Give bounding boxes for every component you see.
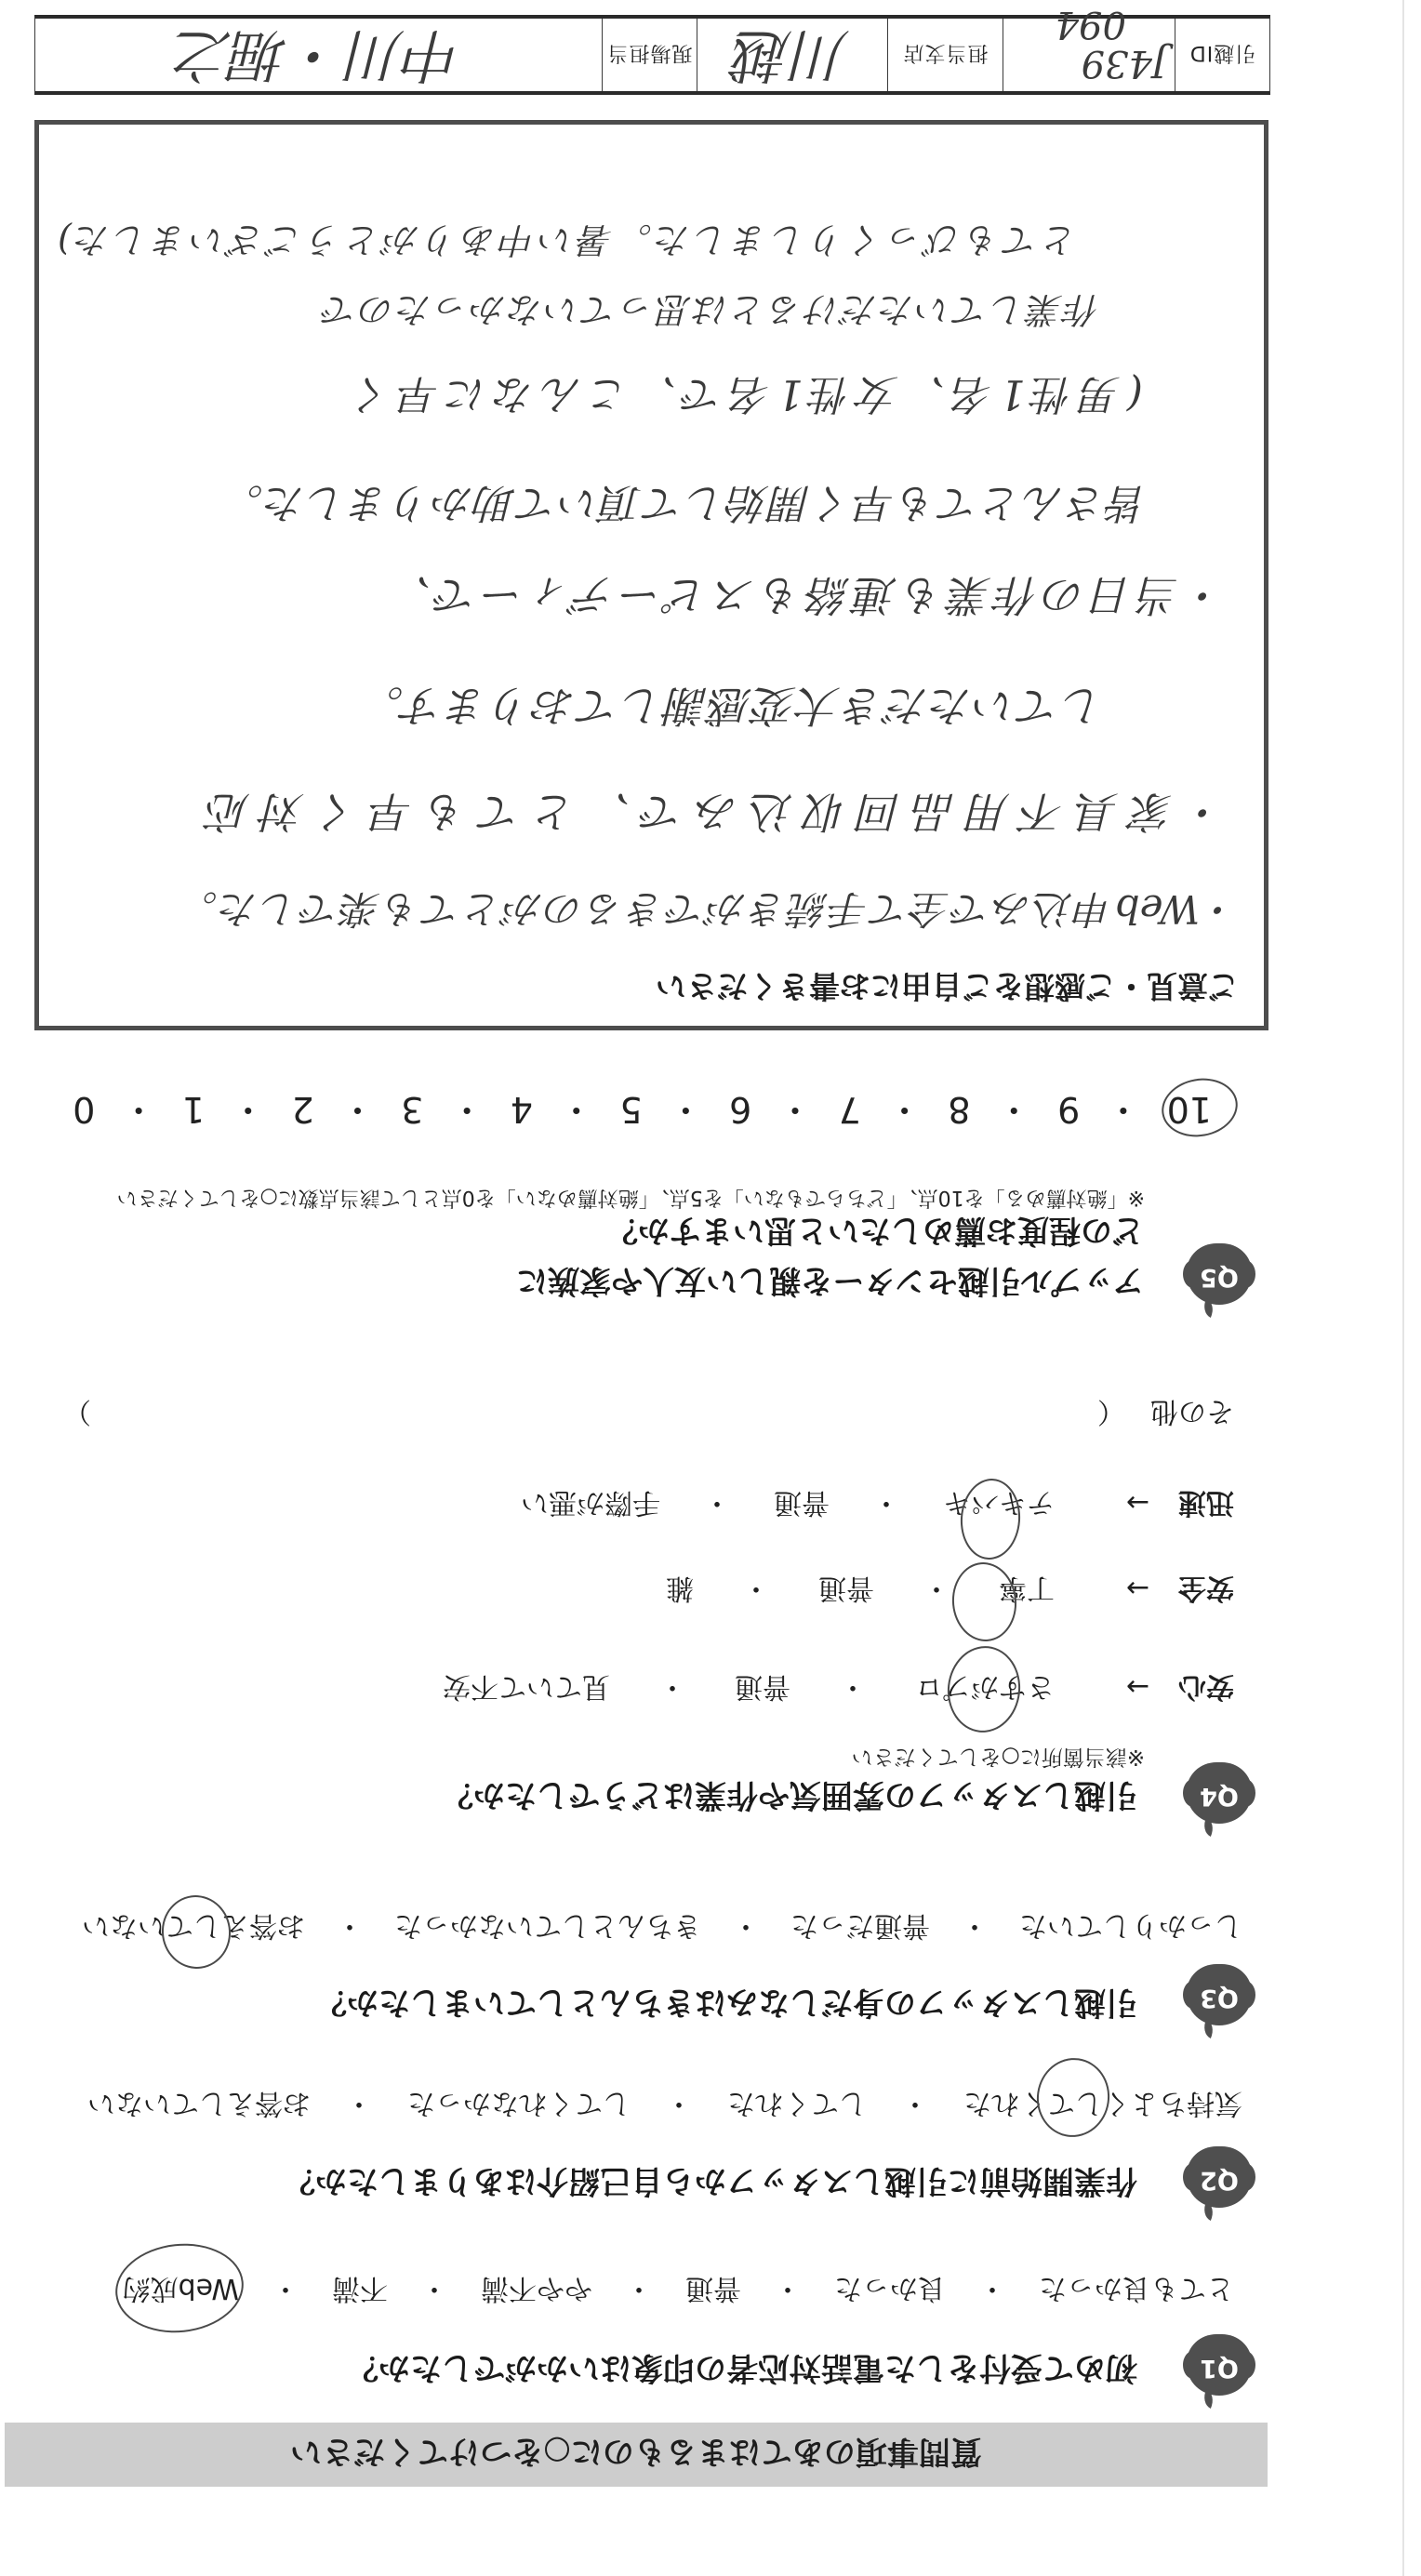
- separator: ・: [339, 1092, 375, 1127]
- move-id-label-cell: 引越ID: [1175, 19, 1269, 91]
- separator: ・: [777, 1092, 813, 1127]
- move-id-value-line2: 094: [1056, 6, 1126, 43]
- q3-option: しっかりしていた: [1019, 1911, 1242, 1939]
- branch-label-cell: 担当支店: [887, 19, 1003, 91]
- q4-other-label: その他: [1150, 1397, 1234, 1425]
- comment-box-label: ご意見・ご感想をご自由にお書きください: [656, 971, 1239, 1002]
- q1-option: やや不満: [481, 2274, 592, 2302]
- separator: ・: [872, 1488, 900, 1516]
- separator: ・: [703, 1488, 731, 1516]
- separator: ・: [420, 2274, 448, 2302]
- q4-anshin-selection-circle: [943, 1642, 1024, 1736]
- q3-selection-circle: [157, 1891, 235, 1973]
- arrow-right-icon: →: [1126, 1573, 1149, 1601]
- arrow-right-icon: →: [1126, 1672, 1149, 1700]
- move-id-label: 引越ID: [1189, 41, 1255, 70]
- instruction-text: 質問事項のあてはまるものに○をつけてください: [290, 2432, 982, 2477]
- q1-option: 良かった: [834, 2274, 946, 2302]
- q1-badge-icon: Q1: [1183, 2332, 1255, 2407]
- q1-options: とても良かった ・ 良かった ・ 普通 ・ やや不満 ・ 不満 ・ Web成約: [123, 2274, 1234, 2302]
- score-value: 5: [619, 1092, 642, 1127]
- q5-badge-label: Q5: [1183, 1265, 1255, 1290]
- handwritten-comment-line: とてもびっくりしました。暑い中ありがとうございました): [58, 222, 1078, 258]
- separator: ・: [231, 1092, 266, 1127]
- separator: ・: [923, 1573, 950, 1601]
- separator: ・: [732, 1911, 760, 1939]
- q4-other-open-paren: （: [1097, 1397, 1125, 1425]
- separator: ・: [996, 1092, 1031, 1127]
- q2-selection-circle: [1031, 2053, 1114, 2142]
- separator: ・: [839, 1672, 867, 1700]
- q5-score-scale: 10 ・ 9 ・ 8 ・ 7 ・ 6 ・ 5 ・ 4 ・ 3 ・ 2 ・ 1 ・…: [73, 1092, 1212, 1127]
- q4-badge-label: Q4: [1183, 1784, 1255, 1809]
- separator: ・: [774, 2274, 802, 2302]
- handwritten-comment-line: (男性1名、女性1名で、こんなに早く: [352, 373, 1143, 414]
- header-table: 引越ID J439 094 担当支店 川越 現場担当 中川・堀之: [34, 15, 1270, 95]
- scanned-survey-page: 質問事項のあてはまるものに○をつけてください Q1 初めて受付をした電話対応者の…: [0, 0, 1421, 2576]
- score-value: 2: [292, 1092, 314, 1127]
- separator: ・: [336, 1911, 364, 1939]
- separator: ・: [961, 1911, 989, 1939]
- q5-selection-circle: [1157, 1072, 1242, 1142]
- q4-option: 普通: [735, 1672, 790, 1700]
- handwritten-comment-line: 皆さんとても早く開始して頂いて助かりました。: [222, 482, 1149, 523]
- separator: ・: [887, 1092, 923, 1127]
- q3-badge-icon: Q3: [1183, 1962, 1255, 2037]
- q4-badge-icon: Q4: [1183, 1760, 1255, 1835]
- q5-note: ※「絶対薦める」を10点、「どちらでもない」を5点、「絶対薦めない」を0点として…: [117, 1187, 1145, 1207]
- score-value: 3: [401, 1092, 423, 1127]
- q2-option: お答えしていない: [87, 2089, 311, 2117]
- scanner-edge-line: [1402, 0, 1404, 2576]
- branch-value-cell: 川越: [697, 19, 887, 91]
- score-value: 6: [729, 1092, 751, 1127]
- arrow-right-icon: →: [1126, 1488, 1149, 1516]
- field-staff-value-cell: 中川・堀之: [35, 19, 602, 91]
- q3-option: 普通だった: [790, 1911, 930, 1939]
- q4-option: 手際が悪い: [521, 1488, 660, 1516]
- separator: ・: [742, 1573, 770, 1601]
- handwritten-comment-line: ・当日の作業も連絡もスピーディーで、: [389, 574, 1228, 617]
- separator: ・: [978, 2274, 1006, 2302]
- separator: ・: [668, 1092, 703, 1127]
- q5-badge-icon: Q5: [1183, 1242, 1255, 1316]
- separator: ・: [272, 2274, 299, 2302]
- separator: ・: [1106, 1092, 1141, 1127]
- handwritten-comment-line: していただき大変感謝しております。: [361, 684, 1105, 727]
- q1-badge-label: Q1: [1183, 2356, 1255, 2381]
- handwritten-comment-line: 作業していただけるとは思っていなかったので: [323, 292, 1100, 327]
- q1-option: とても良かった: [1039, 2274, 1234, 2302]
- q1-option: 普通: [685, 2274, 741, 2302]
- q4-other-field: [110, 1395, 1077, 1425]
- branch-label: 担当支店: [903, 41, 989, 70]
- q4-row-label-anshin: 安心: [1178, 1672, 1234, 1700]
- separator: ・: [345, 2089, 373, 2117]
- q3-question: 引越しスタッフの身だしなみはきちんとしていましたか？: [315, 1986, 1137, 2018]
- q1-question: 初めて受付をした電話対応者の印象はいかがでしたか？: [347, 2352, 1137, 2383]
- move-id-value-line1: J439: [1082, 45, 1167, 82]
- field-staff-value: 中川・堀之: [175, 26, 463, 84]
- q4-option: 雑: [666, 1573, 694, 1601]
- separator: ・: [658, 1672, 686, 1700]
- branch-value: 川越: [735, 26, 850, 84]
- instruction-bar: 質問事項のあてはまるものに○をつけてください: [5, 2423, 1268, 2487]
- handwritten-comment-line: ・Web申込みで全て手続きができるのがとても楽でした。: [179, 889, 1241, 928]
- field-staff-label-cell: 現場担当: [602, 19, 697, 91]
- separator: ・: [625, 2274, 653, 2302]
- move-id-value-cell: J439 094: [1003, 19, 1175, 91]
- score-value: 0: [73, 1092, 95, 1127]
- q5-question-line2: どの程度お薦めしたいと思いますか？: [606, 1215, 1144, 1246]
- separator: ・: [559, 1092, 594, 1127]
- q4-option: 普通: [774, 1488, 830, 1516]
- field-staff-label: 現場担当: [607, 41, 693, 70]
- q3-badge-label: Q3: [1183, 1985, 1255, 2011]
- score-value: 9: [1057, 1092, 1080, 1127]
- q3-option: きちんとしていなかった: [394, 1911, 701, 1939]
- q2-option: してくれなかった: [407, 2089, 631, 2117]
- q2-badge-icon: Q2: [1183, 2144, 1255, 2219]
- q2-badge-label: Q2: [1183, 2168, 1255, 2193]
- separator: ・: [449, 1092, 485, 1127]
- separator: ・: [901, 2089, 929, 2117]
- q4-option: 普通: [818, 1573, 874, 1601]
- q4-option: 見ていて不安: [443, 1672, 610, 1700]
- score-value: 4: [511, 1092, 533, 1127]
- q1-selection-circle: [111, 2237, 247, 2339]
- q1-option: 不満: [332, 2274, 388, 2302]
- handwritten-comment-line: ・家具不用品回収込みで、とても早く対応: [207, 790, 1228, 833]
- q5-question-line1: アップル引越センターを親しい友人や家族に: [516, 1265, 1144, 1296]
- q4-other-close-paren: ）: [63, 1397, 91, 1425]
- q4-question: 引越しスタッフの雰囲気や作業はどうでしたか？: [442, 1779, 1137, 1811]
- score-value: 8: [948, 1092, 970, 1127]
- q2-option: してくれた: [727, 2089, 867, 2117]
- score-value: 1: [182, 1092, 205, 1127]
- q4-note: ※該当箇所に○をしてください: [852, 1746, 1145, 1767]
- separator: ・: [121, 1092, 156, 1127]
- separator: ・: [665, 2089, 693, 2117]
- q4-row-label-jinsoku: 迅速: [1178, 1488, 1234, 1516]
- q3-options: しっかりしていた ・ 普通だった ・ きちんとしていなかった ・ お答えしていな…: [82, 1911, 1242, 1939]
- score-value: 7: [839, 1092, 861, 1127]
- q2-question: 作業開始前に引越しスタッフから自己紹介はありましたか？: [284, 2165, 1137, 2197]
- q4-row-label-anzen: 安全: [1178, 1573, 1234, 1601]
